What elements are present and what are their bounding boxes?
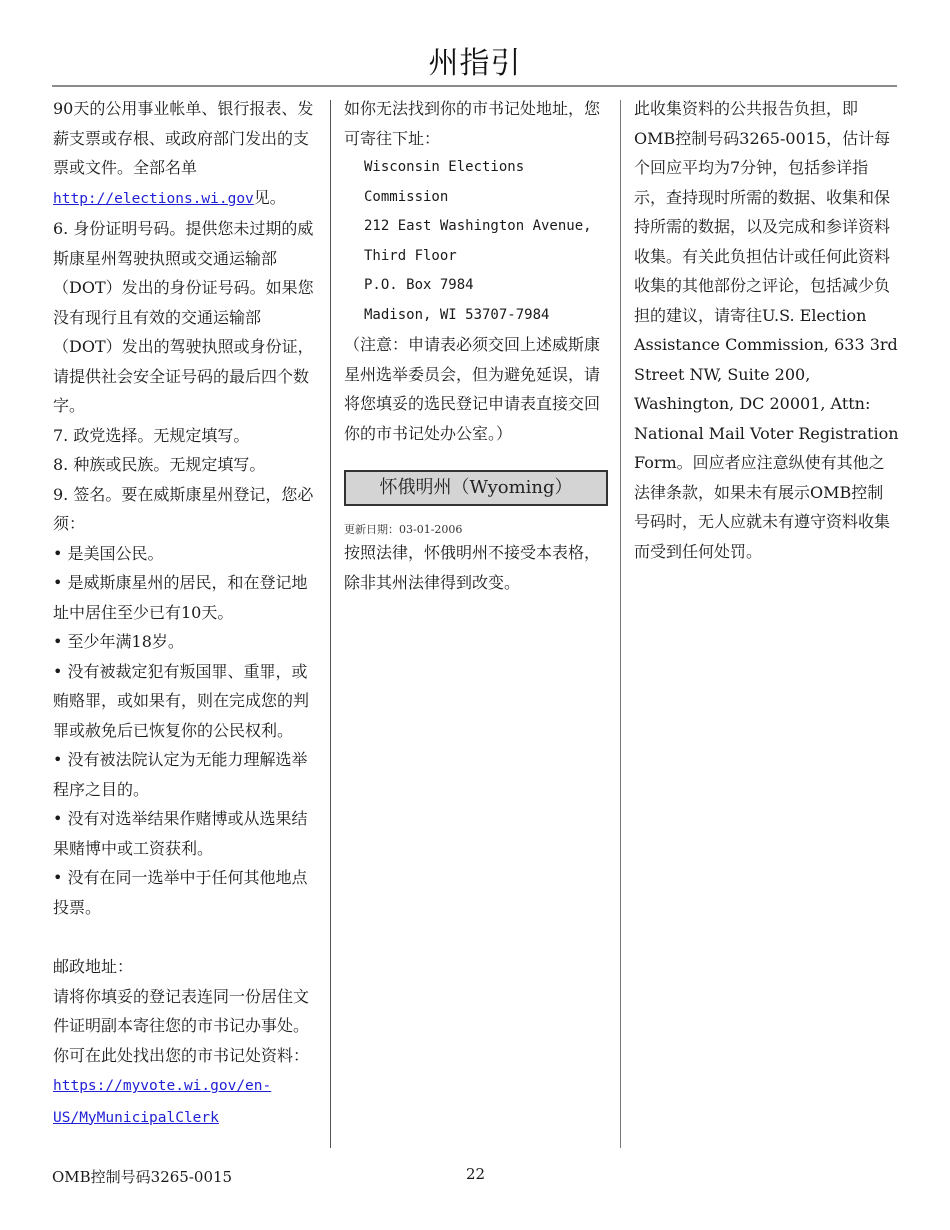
bullet-voted-elsewhere: • 没有在同一选举中于任何其他地点投票。 [53, 863, 315, 922]
residence-docs-tail: 见。 [254, 188, 286, 207]
column-left: 90天的公用事业帐单、银行报表、发薪支票或存根、或政府部门发出的支票或文件。全部… [53, 94, 315, 1133]
bullet-betting: • 没有对选举结果作赌博或从选果结果赌博中或工资获利。 [53, 804, 315, 863]
footer-omb-number: OMB控制号码3265-0015 [52, 1166, 232, 1187]
item-8-race: 8. 种族或民族。无规定填写。 [53, 450, 315, 480]
address-line-2: 212 East Washington Avenue, [344, 212, 609, 242]
bullet-resident: • 是威斯康星州的居民，和在登记地址中居住至少已有10天。 [53, 568, 315, 627]
paragraph-residence-docs: 90天的公用事业帐单、银行报表、发薪支票或存根、或政府部门发出的支票或文件。全部… [53, 94, 315, 214]
residence-docs-text: 90天的公用事业帐单、银行报表、发薪支票或存根、或政府部门发出的支票或文件。全部… [53, 99, 313, 177]
mail-instructions: 请将你填妥的登记表连同一份居住文件证明副本寄往您的市书记办事处。你可在此处找出您… [53, 982, 315, 1134]
item-7-party: 7. 政党选择。无规定填写。 [53, 421, 315, 451]
mail-address-heading: 邮政地址： [53, 952, 315, 982]
column-divider-2 [620, 100, 621, 1148]
address-line-3: Third Floor [344, 242, 609, 272]
fallback-address-intro: 如你无法找到你的市书记处地址，您可寄往下址： [344, 94, 609, 153]
column-divider-1 [330, 100, 331, 1148]
address-line-5: Madison, WI 53707-7984 [344, 301, 609, 331]
paperwork-burden-statement: 此收集资料的公共报告负担，即OMB控制号码3265-0015，估计每个回应平均为… [634, 94, 899, 566]
bullet-citizen: • 是美国公民。 [53, 539, 315, 569]
wyoming-instructions: 按照法律，怀俄明州不接受本表格，除非其州法律得到改变。 [344, 538, 609, 597]
address-line-4: P.O. Box 7984 [344, 271, 609, 301]
state-header-wyoming: 怀俄明州（Wyoming） [344, 470, 608, 506]
item-6-id-number: 6. 身份证明号码。提供您未过期的威斯康星州驾驶执照或交通运输部（DOT）发出的… [53, 214, 315, 421]
title-divider [52, 85, 897, 87]
column-right: 此收集资料的公共报告负担，即OMB控制号码3265-0015，估计每个回应平均为… [634, 94, 899, 566]
bullet-incompetent: • 没有被法院认定为无能力理解选举程序之目的。 [53, 745, 315, 804]
mail-instructions-text: 请将你填妥的登记表连同一份居住文件证明副本寄往您的市书记办事处。你可在此处找出您… [53, 987, 309, 1065]
column-middle: 如你无法找到你的市书记处地址，您可寄往下址： Wisconsin Electio… [344, 94, 609, 597]
elections-link[interactable]: http://elections.wi.gov [53, 191, 254, 207]
bullet-felony: • 没有被裁定犯有叛国罪、重罪，或贿赂罪，或如果有，则在完成您的判罪或赦免后已恢… [53, 657, 315, 746]
address-line-1: Wisconsin Elections Commission [344, 153, 609, 212]
updated-date: 更新日期：03-01-2006 [344, 522, 609, 538]
page-number: 22 [466, 1165, 485, 1183]
item-9-signature: 9. 签名。要在威斯康星州登记，您必须： [53, 480, 315, 539]
submission-note: （注意：申请表必须交回上述威斯康星州选举委员会，但为避免延误，请将您填妥的选民登… [344, 330, 609, 448]
bullet-age: • 至少年满18岁。 [53, 627, 315, 657]
page-title: 州指引 [0, 38, 950, 82]
municipal-clerk-link[interactable]: https://myvote.wi.gov/en-US/MyMunicipalC… [53, 1078, 271, 1126]
